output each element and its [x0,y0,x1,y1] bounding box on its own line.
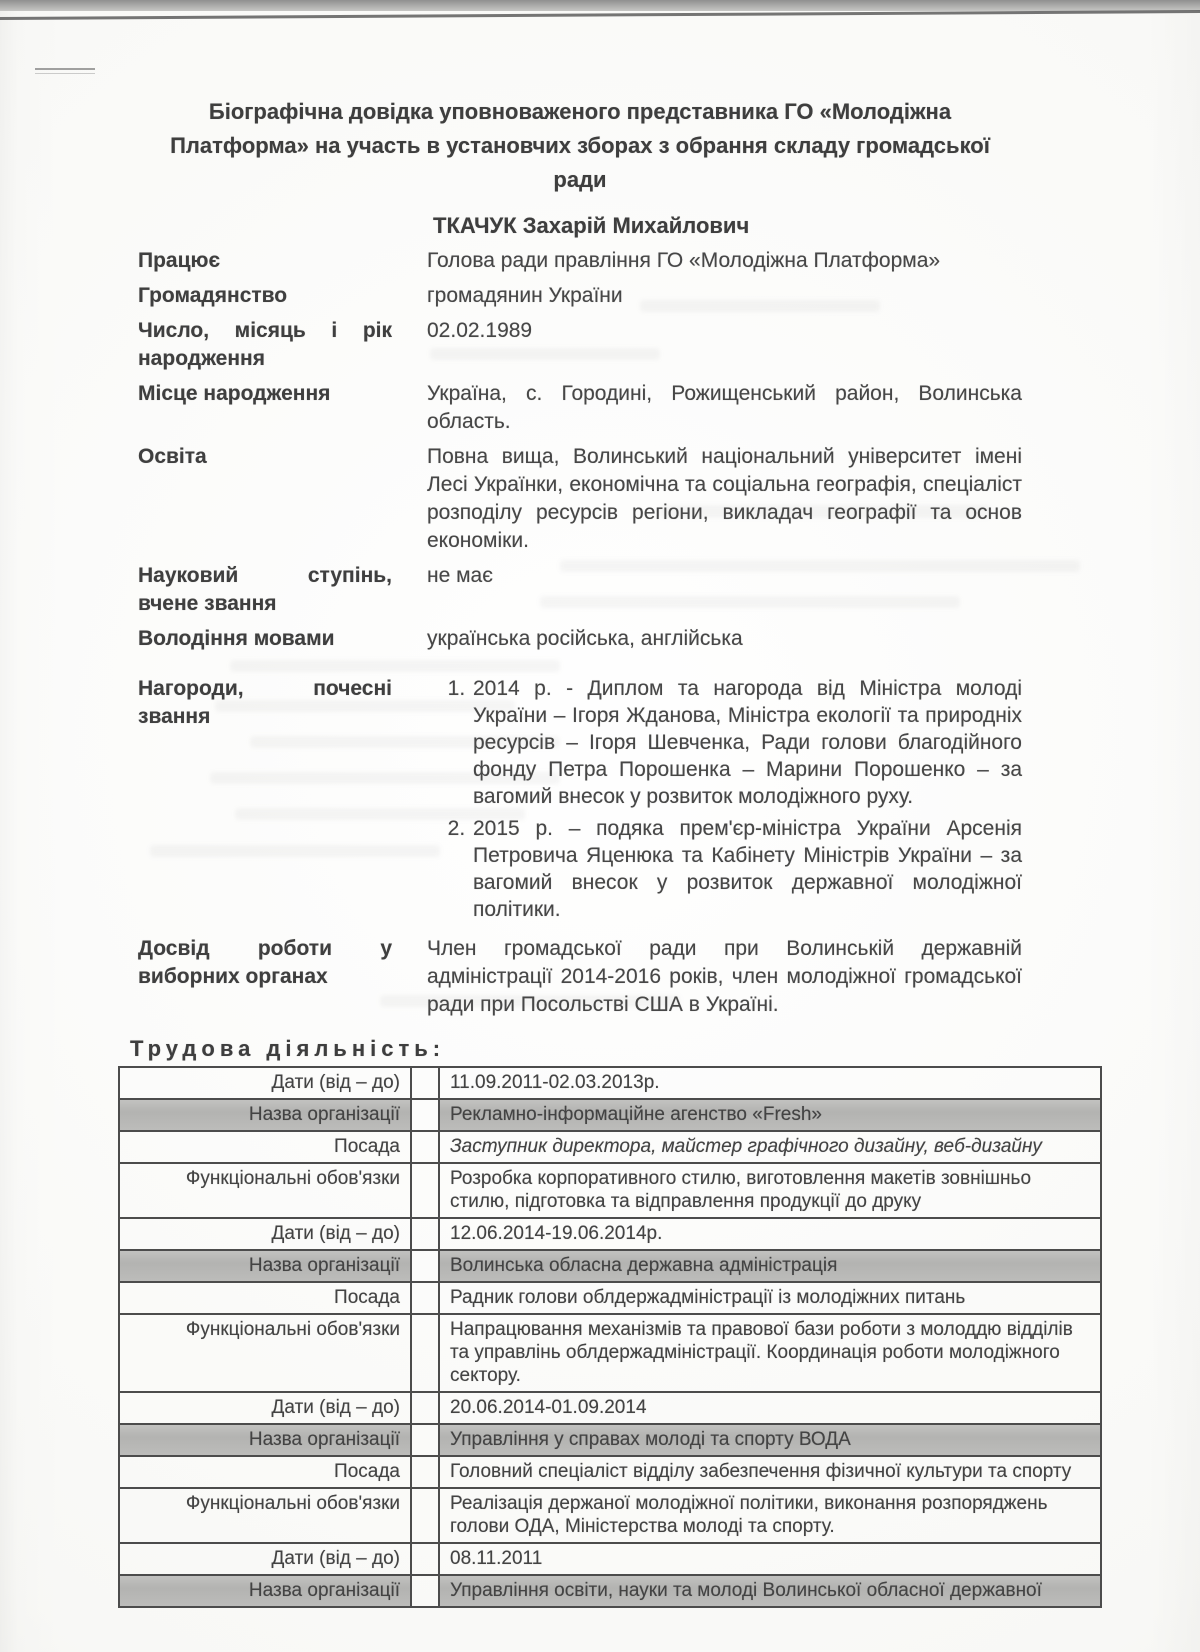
field-label: Досвід роботи у виборних органах [138,935,410,1019]
table-row: Дати (від – до) 08.11.2011 [119,1543,1101,1575]
table-row: Дати (від – до) 20.06.2014-01.09.2014 [119,1392,1101,1424]
row-label-cell: Функціональні обов'язки [119,1163,411,1218]
field-value: Повна вища, Волинський національний унів… [427,443,1022,555]
scan-artifact [35,68,95,74]
field-education: Освіта Повна вища, Волинський національн… [138,443,1022,555]
row-value-cell: 08.11.2011 [439,1543,1101,1575]
row-label-cell: Функціональні обов'язки [119,1488,411,1543]
row-spacer-cell [411,1218,439,1250]
field-awards: Нагороди, почесні звання 2014 р. - Дипло… [138,675,1022,928]
row-value-cell: Управління у справах молоді та спорту ВО… [439,1424,1101,1456]
row-spacer-cell [411,1392,439,1424]
row-label-cell: Посада [119,1456,411,1488]
field-value: Член громадської ради при Волинській дер… [427,935,1022,1019]
row-label-cell: Назва організації [119,1575,411,1607]
row-label-cell: Функціональні обов'язки [119,1314,411,1392]
field-label: Число, місяць і рік народження [138,317,410,373]
table-row: Назва організації Рекламно-інформаційне … [119,1099,1101,1131]
row-spacer-cell [411,1250,439,1282]
field-value: 2014 р. - Диплом та нагорода від Міністр… [427,675,1022,928]
field-birth-date: Число, місяць і рік народження 02.02.198… [138,317,1022,373]
row-label-cell: Назва організації [119,1424,411,1456]
row-spacer-cell [411,1131,439,1163]
work-history-table: Дати (від – до) 11.09.2011-02.03.2013р. … [118,1066,1102,1608]
field-value: громадянин України [427,282,1022,310]
award-item: 2014 р. - Диплом та нагорода від Міністр… [471,675,1022,810]
row-label-cell: Посада [119,1131,411,1163]
table-row: Посада Заступник директора, майстер граф… [119,1131,1101,1163]
field-label: Громадянство [138,282,410,310]
field-value: Україна, с. Городині, Рожищенський район… [427,380,1022,436]
row-spacer-cell [411,1424,439,1456]
work-history-heading: Трудова діяльність: [130,1036,445,1062]
row-spacer-cell [411,1067,439,1099]
field-birth-place: Місце народження Україна, с. Городині, Р… [138,380,1022,436]
row-value-cell: 12.06.2014-19.06.2014р. [439,1218,1101,1250]
row-label-cell: Дати (від – до) [119,1392,411,1424]
biography-fields: Працює Голова ради правління ГО «Молодіж… [138,247,1022,1026]
row-spacer-cell [411,1099,439,1131]
award-item: 2015 р. – подяка прем'єр-міністра Україн… [471,815,1022,923]
field-label: Науковий ступінь, вчене звання [138,562,410,618]
scan-edge-bar [0,0,1200,11]
field-value: не має [427,562,1022,618]
row-value-cell: Реалізація держаної молодіжної політики,… [439,1488,1101,1543]
row-spacer-cell [411,1575,439,1607]
row-label-cell: Дати (від – до) [119,1067,411,1099]
table-row: Функціональні обов'язки Напрацювання мех… [119,1314,1101,1392]
row-label-cell: Дати (від – до) [119,1218,411,1250]
field-degree: Науковий ступінь, вчене звання не має [138,562,1022,618]
field-value: Голова ради правління ГО «Молодіжна Плат… [427,247,1022,275]
field-value: 02.02.1989 [427,317,1022,373]
document-title: Біографічна довідка уповноваженого предс… [138,95,1022,197]
row-spacer-cell [411,1543,439,1575]
row-value-cell: Розробка корпоративного стилю, виготовле… [439,1163,1101,1218]
table-row: Посада Головний спеціаліст відділу забез… [119,1456,1101,1488]
field-value: українська російська, англійська [427,625,1022,653]
table-row: Посада Радник голови облдержадміністраці… [119,1282,1101,1314]
field-label: Працює [138,247,410,275]
table-row: Функціональні обов'язки Реалізація держа… [119,1488,1101,1543]
field-label: Освіта [138,443,410,555]
field-label: Місце народження [138,380,410,436]
title-line: ради [138,163,1022,197]
field-employment: Працює Голова ради правління ГО «Молодіж… [138,247,1022,275]
row-value-cell: Заступник директора, майстер графічного … [439,1131,1101,1163]
row-value-cell: Радник голови облдержадміністрації із мо… [439,1282,1101,1314]
table-row: Дати (від – до) 12.06.2014-19.06.2014р. [119,1218,1101,1250]
row-spacer-cell [411,1456,439,1488]
title-line: Біографічна довідка уповноваженого предс… [138,95,1022,129]
row-value-cell: Управління освіти, науки та молоді Волин… [439,1575,1101,1607]
row-value-cell: Волинська обласна державна адміністрація [439,1250,1101,1282]
row-label-cell: Дати (від – до) [119,1543,411,1575]
field-languages: Володіння мовами українська російська, а… [138,625,1022,653]
row-label-cell: Посада [119,1282,411,1314]
field-citizenship: Громадянство громадянин України [138,282,1022,310]
row-value-cell: 11.09.2011-02.03.2013р. [439,1067,1101,1099]
row-value-cell: Головний спеціаліст відділу забезпечення… [439,1456,1101,1488]
awards-list: 2014 р. - Диплом та нагорода від Міністр… [427,675,1022,923]
table-row: Назва організації Управління освіти, нау… [119,1575,1101,1607]
table-row: Функціональні обов'язки Розробка корпора… [119,1163,1101,1218]
table-row: Дати (від – до) 11.09.2011-02.03.2013р. [119,1067,1101,1099]
row-value-cell: Рекламно-інформаційне агенство «Fresh» [439,1099,1101,1131]
table-row: Назва організації Управління у справах м… [119,1424,1101,1456]
row-label-cell: Назва організації [119,1099,411,1131]
row-label-cell: Назва організації [119,1250,411,1282]
row-value-cell: 20.06.2014-01.09.2014 [439,1392,1101,1424]
scan-edge-line [0,10,1200,20]
field-elected-experience: Досвід роботи у виборних органах Член гр… [138,935,1022,1019]
title-line: Платформа» на участь в установчих зборах… [138,129,1022,163]
field-label: Нагороди, почесні звання [138,675,410,928]
row-spacer-cell [411,1282,439,1314]
table-row: Назва організації Волинська обласна держ… [119,1250,1101,1282]
row-spacer-cell [411,1488,439,1543]
row-spacer-cell [411,1314,439,1392]
scanned-document-page: Біографічна довідка уповноваженого предс… [0,0,1200,1652]
field-label: Володіння мовами [138,625,410,653]
row-spacer-cell [411,1163,439,1218]
row-value-cell: Напрацювання механізмів та правової бази… [439,1314,1101,1392]
person-name: ТКАЧУК Захарій Михайлович [433,213,749,239]
